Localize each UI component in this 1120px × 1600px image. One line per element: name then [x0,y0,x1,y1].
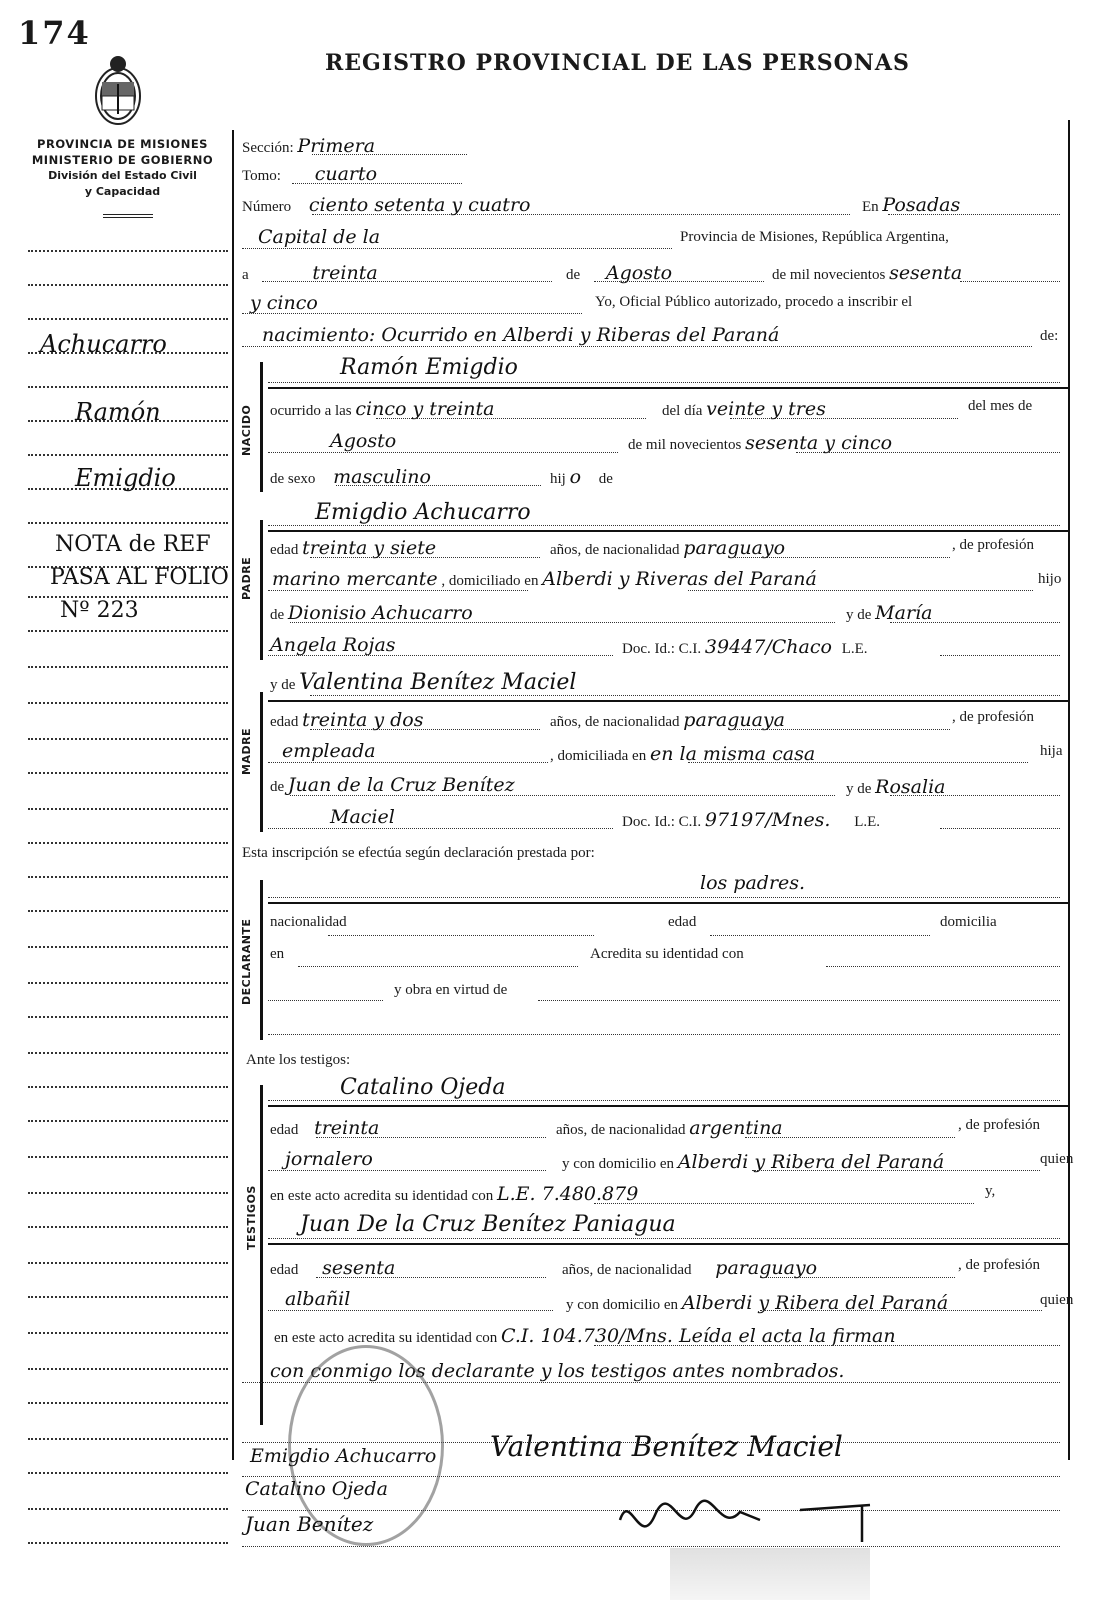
declarante-en-label: en [270,946,284,962]
event-dots [242,346,1032,347]
year2-dots [242,313,582,314]
en-value: Posadas [882,194,960,216]
w2-domicilio-label: y con domicilio en [566,1297,678,1313]
declarante-nac-dots [328,935,594,936]
org-ministry: MINISTERIO DE GOBIERNO [20,152,225,168]
margin-line [28,1086,228,1088]
frame-left-rule [232,130,234,1460]
padre-de-label: de [270,607,284,623]
event-value: nacimiento: Ocurrido en Alberdi y Ribera… [262,324,779,346]
margin-line [28,1052,228,1054]
en-label: En [862,199,879,215]
margin-line [28,1296,228,1298]
declarante-name-dots [268,897,1060,898]
org-division: División del Estado Civil [20,168,225,184]
witness1-name-dots [268,1100,1060,1101]
w1-profesion-label: , de profesión [958,1117,1040,1133]
w2-nac-dots [760,1277,955,1278]
madre-y-de-label-2: y de [846,781,871,797]
margin-line [28,808,228,810]
margin-line [28,702,228,704]
document-title: REGISTRO PROVINCIAL DE LAS PERSONAS [325,50,910,76]
numero-value: ciento setenta y cuatro [309,194,531,216]
witness1-rule [268,1105,1068,1107]
declarante-rule [268,902,1068,904]
witness1-name: Catalino Ojeda [340,1075,505,1100]
nacido-de-label: de [599,471,613,487]
margin-surname: Achucarro [40,330,167,358]
padre-mother-value-2: Angela Rojas [270,634,396,656]
madre-edad-value: treinta y dos [302,709,423,731]
declarante-acredita-dots [826,966,1060,967]
madre-anos-label: años, de nacionalidad [550,714,680,730]
margin-line [28,946,228,948]
w1-acredita-label: en este acto acredita su identidad con [270,1188,493,1204]
padre-hijo-label: hijo [1038,571,1061,587]
dia-dots [730,418,958,419]
padre-nacionalidad-value: paraguayo [683,537,785,559]
tomo-dots [292,183,462,184]
mil-label: de mil novecientos [772,267,885,283]
margin-line [28,1368,228,1370]
place-value: Capital de la [258,226,380,248]
w2-prof-dots [268,1310,553,1311]
margin-line [28,1402,228,1404]
year-value-2: y cinco [250,292,318,314]
padre-section-label: PADRE [240,557,253,600]
testigos-bracket [260,1085,263,1425]
madre-prof-dots [268,762,548,763]
padre-edad-label: edad [270,542,298,558]
margin-line [28,1542,228,1544]
w1-quien-label: quien [1040,1151,1073,1167]
officer-signature-icon [600,1490,880,1550]
padre-prof-dots [268,590,528,591]
margin-line [28,1156,228,1158]
witness2-name: Juan De la Cruz Benítez Paniagua [300,1212,676,1237]
issuing-organization: PROVINCIA DE MISIONES MINISTERIO DE GOBI… [20,136,225,200]
w1-prof-dots [268,1170,546,1171]
nacido-year-dots [796,452,1060,453]
margin-line [28,250,228,252]
padre-mother-value-1: María [875,602,932,624]
nacido-day-value: veinte y tres [706,398,826,420]
madre-mother-dots [890,795,1060,796]
declarante-obra-pre-dots [268,1000,383,1001]
madre-bracket [260,692,263,832]
margin-note-line3: Nº 223 [60,598,139,623]
w1-anos-label: años, de nacionalidad [556,1122,686,1138]
w1-doc-dots [594,1203,974,1204]
w2-dom-dots [760,1310,1042,1311]
margin-line [28,284,228,286]
day-dots [262,281,552,282]
madre-hija-label: hija [1040,743,1063,759]
seccion-dots [312,154,467,155]
padre-anos-label: años, de nacionalidad [550,542,680,558]
year-dots [960,281,1060,282]
signature-mother: Valentina Benítez Maciel [490,1430,843,1463]
padre-domicilio-value: Alberdi y Riveras del Paraná [542,568,817,590]
declarante-acredita-label: Acredita su identidad con [590,946,744,962]
padre-mother-dots [890,622,1060,623]
hour-value: cinco y treinta [355,398,494,420]
madre-edad-label: edad [270,714,298,730]
de-label: de [566,267,580,283]
testigos-section-label: TESTIGOS [245,1185,258,1250]
w2-edad-label: edad [270,1262,298,1278]
padre-domicilio-label: , domiciliado en [441,573,538,589]
margin-note-line2: PASA AL FOLIO [50,565,229,590]
nacido-mil-label: de mil novecientos [628,437,741,453]
madre-y-de-label: y de [270,677,295,693]
declarante-edad-label: edad [668,914,696,930]
margin-given-name-2: Emigdio [75,464,176,492]
padre-father-value: Dionisio Achucarro [288,602,473,624]
tomo-value: cuarto [315,163,377,185]
nacido-month-value: Agosto [330,430,396,452]
coat-of-arms-icon [90,50,146,128]
w2-doc-dots [594,1345,1060,1346]
month-dots [594,281,764,282]
hour-dots [376,418,646,419]
w2-edad-value: sesenta [322,1257,395,1279]
padre-doc-value: 39447/Chaco [705,636,832,658]
en-dots [888,214,1060,215]
w1-domicilio-label: y con domicilio en [562,1156,674,1172]
oficial-text: Yo, Oficial Público autorizado, procedo … [595,294,912,310]
margin-line [28,630,228,632]
margin-line [28,982,228,984]
w2-profesion-label: , de profesión [958,1257,1040,1273]
w1-nacionalidad-value: argentina [689,1117,782,1139]
madre-domicilio-label: , domiciliada en [550,748,646,764]
madre-le-dots [940,828,1060,829]
padre-edad-value: treinta y siete [302,537,436,559]
nacido-year-value: sesenta y cinco [745,432,892,454]
margin-line [28,454,228,456]
mes-label: del mes de [968,398,1032,414]
madre-nac-dots [735,729,950,730]
province-text: Provincia de Misiones, República Argenti… [680,229,949,245]
folio-number: 174 [18,14,91,52]
margin-line [28,1438,228,1440]
madre-edad-dots [310,729,540,730]
madre-le-label: L.E. [854,814,880,830]
w1-edad-value: treinta [314,1117,379,1139]
signature-father: Emigdio Achucarro [250,1445,436,1467]
margin-line [28,318,228,320]
org-province: PROVINCIA DE MISIONES [20,136,225,152]
madre-rule [268,700,1068,702]
w1-dom-dots [752,1170,1040,1171]
madre-mother-value-2: Maciel [330,806,395,828]
margin-line [28,910,228,912]
w2-acredita-label: en este acto acredita su identidad con [274,1330,497,1346]
padre-father-dots [290,622,835,623]
declarante-edad-dots [710,935,930,936]
padre-doc-label: Doc. Id.: C.I. [622,641,701,657]
seccion-label: Sección: [242,140,294,156]
nacido-section-label: NACIDO [240,405,253,456]
org-underline [103,214,153,218]
place-dots [242,248,672,249]
a-label: a [242,267,249,283]
year-value-1: sesenta [889,262,962,284]
signature-witness1: Catalino Ojeda [245,1478,388,1500]
nacido-rule [268,387,1068,389]
w2-quien-label: quien [1040,1292,1073,1308]
frame-right-rule [1068,120,1070,1460]
padre-profesion-label: , de profesión [952,537,1034,553]
margin-line [28,738,228,740]
madre-father-value: Juan de la Cruz Benítez [288,774,515,796]
margin-line [28,1192,228,1194]
padre-y-de-label: y de [846,607,871,623]
padre-name-dots [268,525,1060,526]
margin-note-line1: NOTA de REF [55,532,211,557]
margin-line [28,876,228,878]
padre-mother2-dots [268,655,613,656]
margin-line [28,666,228,668]
declarante-name: los padres. [700,872,805,894]
madre-doc-label: Doc. Id.: C.I. [622,814,701,830]
madre-doc-value: 97197/Mnes. [705,809,831,831]
madre-mother2-dots [268,828,613,829]
margin-line [28,772,228,774]
margin-line [28,1472,228,1474]
declarante-section-label: DECLARANTE [240,919,253,1005]
nacido-name-dots [268,382,1060,383]
padre-rule [268,530,1068,532]
witness2-rule [268,1243,1068,1245]
w2-edad-dots [316,1277,546,1278]
padre-edad-dots [310,557,540,558]
witness2-name-dots [268,1238,1060,1239]
org-capacity: y Capacidad [20,184,225,200]
sexo-label: de sexo [270,471,315,487]
ocurrido-label: ocurrido a las [270,403,352,419]
margin-line [28,842,228,844]
declarante-en-dots [298,966,578,967]
w2-profesion-value: albañil [285,1288,350,1310]
padre-bracket [260,520,263,660]
madre-profesion-label: , de profesión [952,709,1034,725]
padre-name: Emigdio Achucarro [315,500,531,525]
declarante-domicilia-label: domicilia [940,914,997,930]
margin-line [28,1262,228,1264]
madre-name-dots [310,695,1060,696]
madre-de-label: de [270,779,284,795]
madre-nacionalidad-value: paraguaya [683,709,785,731]
madre-section-label: MADRE [240,728,253,775]
sexo-dots [336,485,541,486]
declarante-extra-dots [268,1034,1060,1035]
testigos-intro: Ante los testigos: [246,1052,350,1068]
madre-father-dots [290,795,835,796]
margin-given-name-1: Ramón [75,398,161,426]
margin-line [28,1016,228,1018]
dia-label: del día [662,403,702,419]
de-colon: de: [1040,328,1058,344]
madre-name: Valentina Benítez Maciel [299,670,576,695]
padre-le-label: L.E. [842,641,868,657]
padre-le-dots [940,655,1060,656]
tomo-label: Tomo: [242,168,281,184]
declarante-intro: Esta inscripción se efectúa según declar… [242,845,595,861]
nacido-month-dots [268,452,618,453]
nacido-bracket [260,362,263,492]
declarante-bracket [260,880,263,1040]
hij-value: o [570,466,581,488]
w1-profesion-value: jornalero [285,1148,373,1170]
w2-anos-label: años, de nacionalidad [562,1262,692,1278]
margin-line [28,1508,228,1510]
declarante-obra-dots [538,1000,1060,1001]
secondary-stamp [670,1548,870,1600]
signature-witness2: Juan Benítez [245,1512,373,1536]
madre-profesion-value: empleada [282,740,376,762]
declarante-nacionalidad-label: nacionalidad [270,914,347,930]
margin-line [28,1226,228,1228]
margin-line [28,1120,228,1122]
madre-dom-dots [688,762,1028,763]
w2-nacionalidad-value: paraguayo [715,1257,817,1279]
w2-doc-value: C.I. 104.730/Mns. Leída el acta la firma… [501,1325,896,1347]
numero-dots [312,214,850,215]
w1-doc-value: L.E. 7.480.879 [497,1183,638,1205]
declarante-obra-label: y obra en virtud de [394,982,507,998]
numero-label: Número [242,199,291,215]
padre-profesion-value: marino mercante [272,568,438,590]
padre-dom-dots [688,590,1033,591]
margin-line [28,386,228,388]
hij-label: hij [550,471,566,487]
w1-nac-dots [745,1137,955,1138]
w1-edad-dots [316,1137,546,1138]
margin-line [28,522,228,524]
padre-nac-dots [735,557,950,558]
w1-y-label: y, [985,1183,995,1199]
nacido-name: Ramón Emigdio [340,355,518,380]
w1-edad-label: edad [270,1122,298,1138]
margin-line [28,1332,228,1334]
